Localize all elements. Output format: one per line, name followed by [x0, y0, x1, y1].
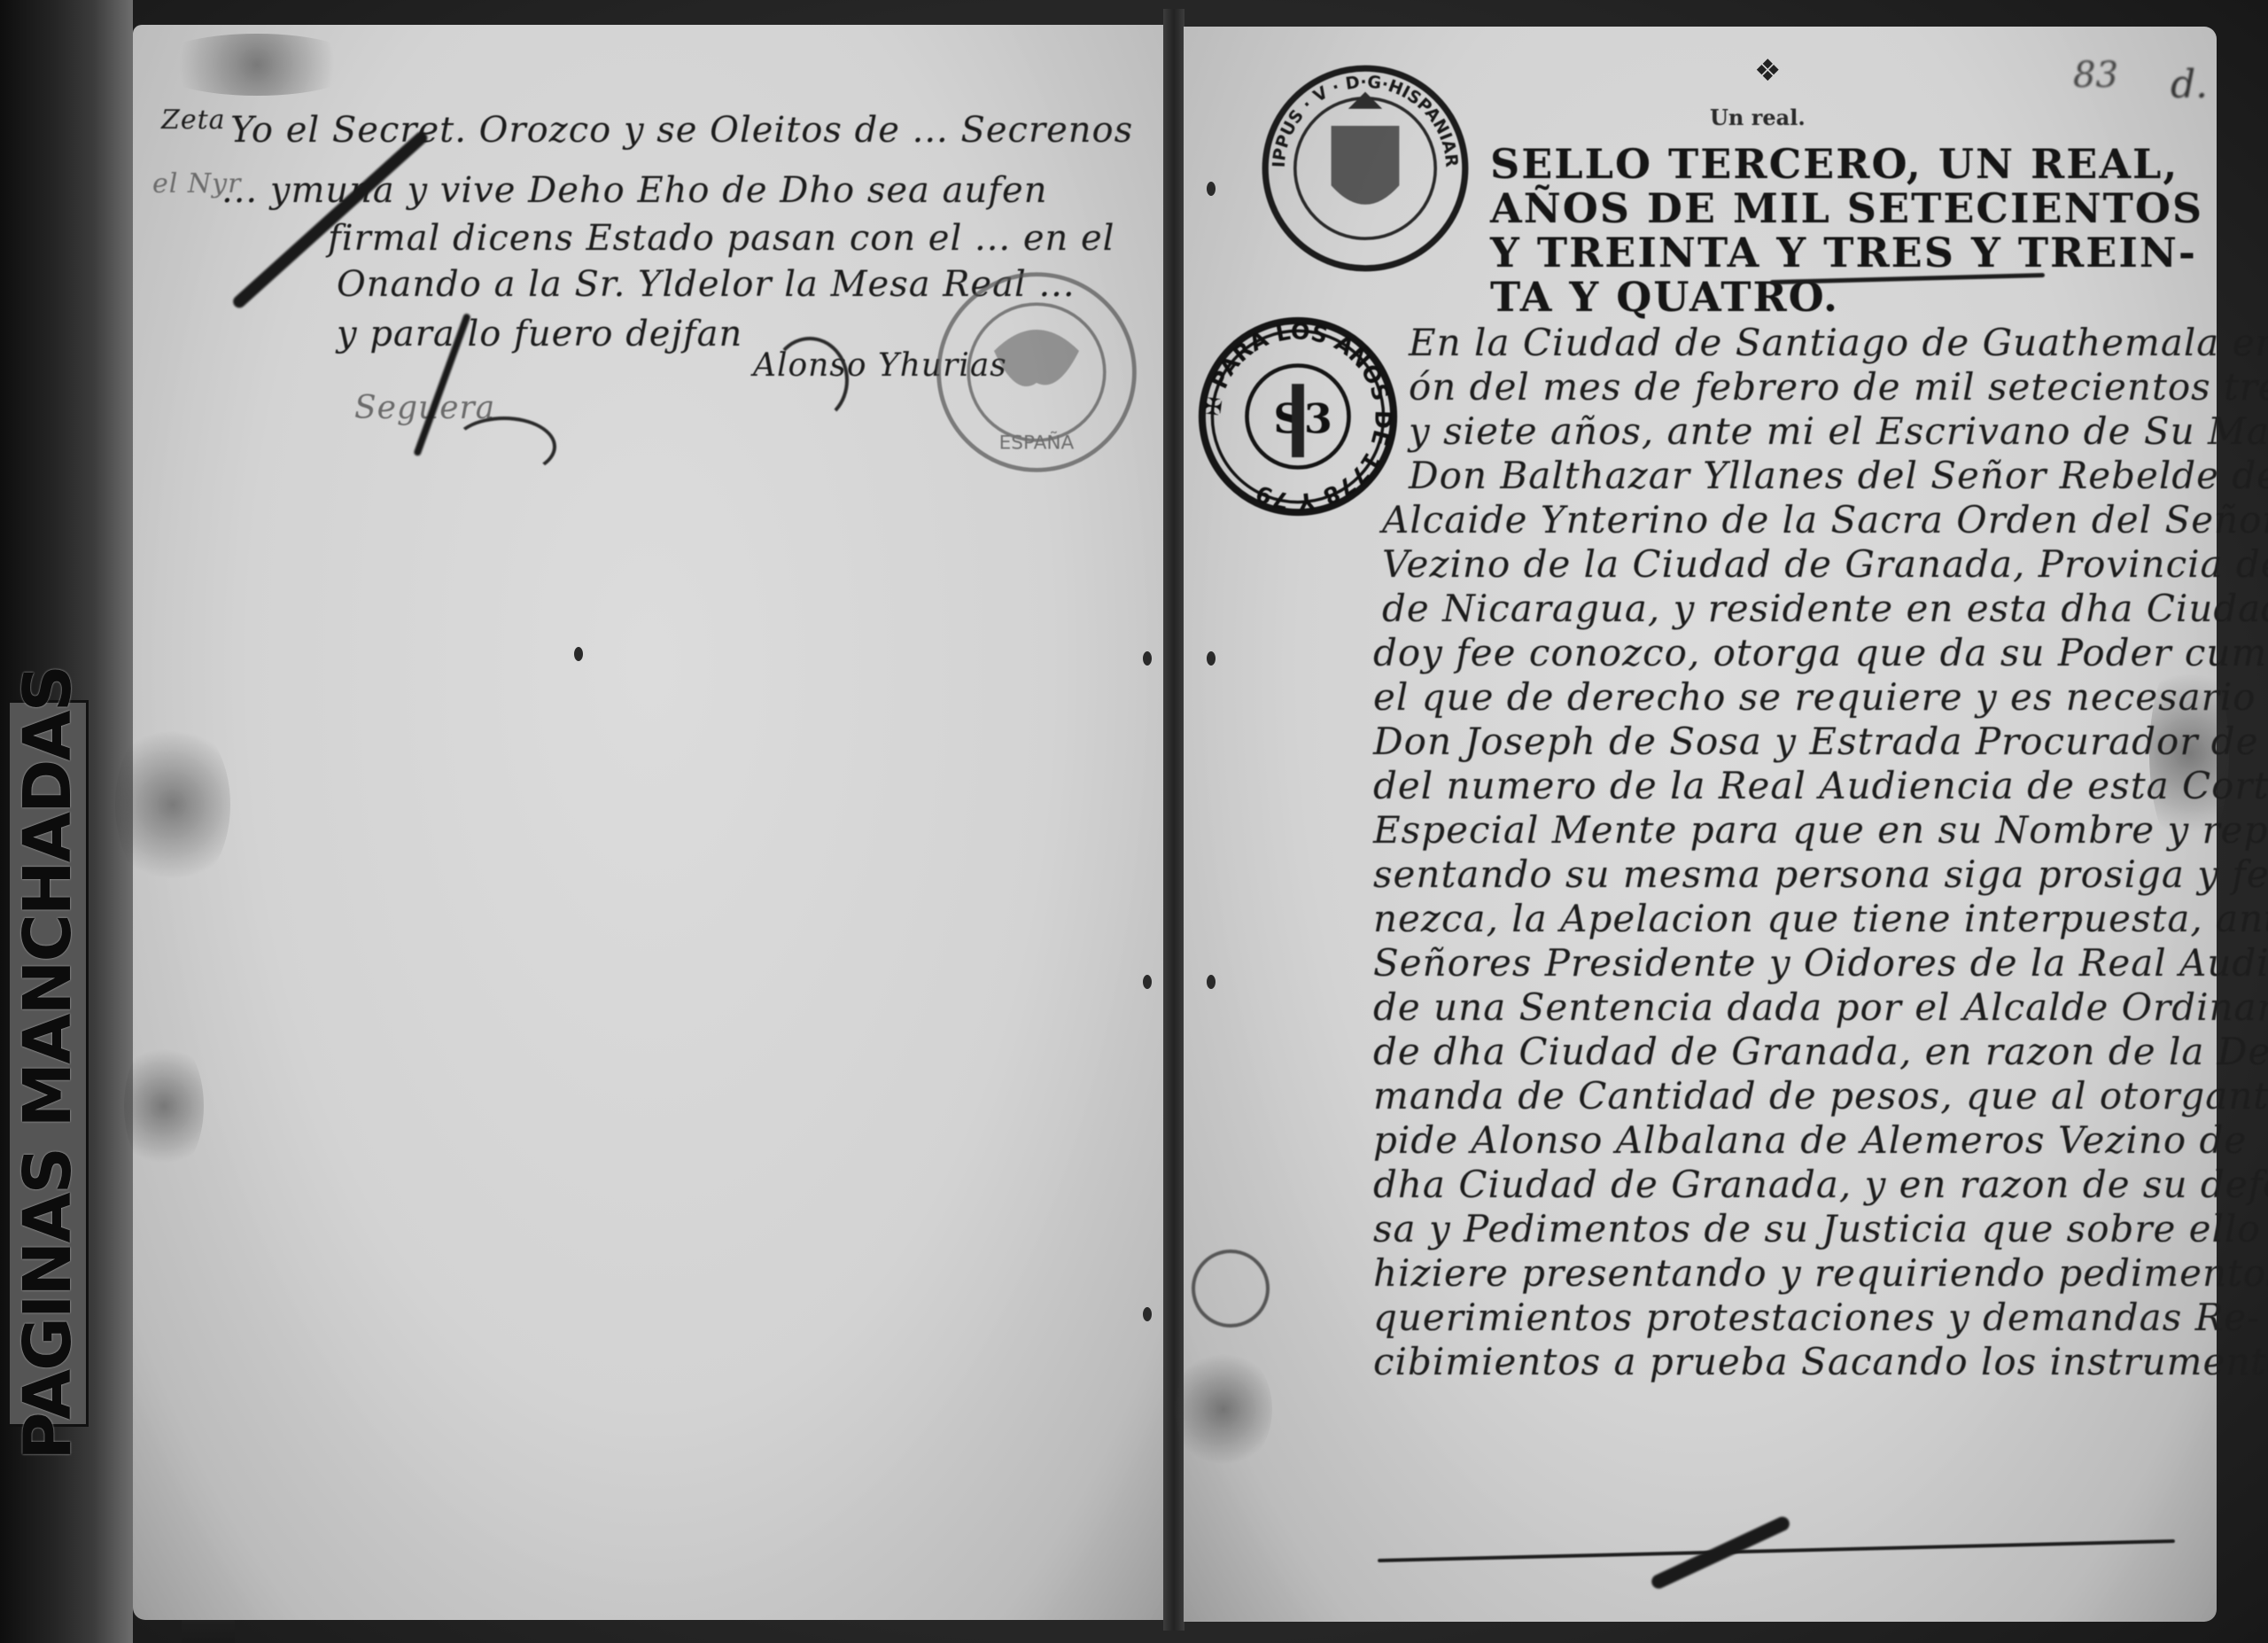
- body-line: Don Joseph de Sosa y Estrada Procurador …: [1373, 720, 2259, 763]
- binding-label-text: PAGINAS MANCHADAS: [10, 666, 86, 1460]
- binding-hole: [1207, 975, 1216, 989]
- left-line: y para lo fuero dejfan: [337, 314, 742, 354]
- binding-hole: [1143, 1307, 1152, 1321]
- stain: [124, 1035, 204, 1177]
- body-line: Vezino de la Ciudad de Granada, Provinci…: [1382, 542, 2268, 586]
- body-line: de una Sentencia dada por el Alcalde Ord…: [1373, 985, 2268, 1029]
- body-line: Señores Presidente y Oidores de la Real …: [1373, 941, 2268, 985]
- binding-hole: [1207, 182, 1216, 196]
- stamped-paper-header: SELLO TERCERO, UN REAL, AÑOS DE MIL SETE…: [1490, 142, 2203, 319]
- binding-hole: [1143, 651, 1152, 666]
- header-line: AÑOS DE MIL SETECIENTOS: [1490, 186, 2203, 230]
- stain: [1175, 1347, 1272, 1471]
- stamp-value: Un real.: [1710, 105, 1806, 130]
- body-line: del numero de la Real Audiencia de esta …: [1373, 764, 2268, 807]
- binding-hole: [574, 647, 583, 661]
- svg-text:3: 3: [1304, 394, 1332, 442]
- left-line: firmal dicens Estado pasan con el ... en…: [328, 218, 1115, 259]
- body-line: Alcaide Ynterino de la Sacra Orden del S…: [1382, 498, 2268, 541]
- body-line: y siete años, ante mi el Escrivano de Su…: [1409, 409, 2268, 453]
- book-binding: PAGINAS MANCHADAS: [0, 0, 133, 1643]
- body-line: de dha Ciudad de Granada, en razon de la…: [1373, 1030, 2268, 1073]
- stain: [115, 716, 230, 893]
- fiscal-seal: ✠ PARA LOS AÑOS DE 1778 Y 79 S 3: [1196, 310, 1400, 523]
- body-line: hiziere presentando y requiriendo pedime…: [1373, 1251, 2268, 1295]
- marginal-note: Zeta: [161, 105, 226, 136]
- header-line: Y TREINTA Y TRES Y TREIN-: [1490, 230, 2203, 275]
- body-line: cibimientos a prueba Sacando los instrum…: [1373, 1340, 2268, 1383]
- body-line: sentando su mesma persona siga prosiga y…: [1373, 853, 2268, 896]
- body-line: de Nicaragua, y residente en esta dha Ci…: [1382, 587, 2268, 630]
- corner-mark: d.: [2171, 62, 2208, 107]
- body-line: querimientos protestaciones y demandas R…: [1373, 1296, 2260, 1339]
- body-line: manda de Cantidad de pesos, que al otorg…: [1373, 1074, 2268, 1117]
- body-line: Especial Mente para que en su Nombre y r…: [1373, 808, 2268, 852]
- body-line: doy fee conozco, otorga que da su Poder …: [1373, 631, 2268, 674]
- ornament-icon: ❖: [1754, 53, 1781, 89]
- body-line: dha Ciudad de Granada, y en razon de su …: [1373, 1163, 2268, 1206]
- body-line: En la Ciudad de Santiago de Guathemala e…: [1409, 321, 2268, 364]
- header-line: SELLO TERCERO, UN REAL,: [1490, 142, 2203, 186]
- body-line: ón del mes de febrero de mil setecientos…: [1409, 365, 2268, 409]
- stain: [151, 34, 363, 96]
- signature-flourish: [771, 337, 849, 424]
- binding-hole: [1143, 975, 1152, 989]
- binding-hole: [1207, 651, 1216, 666]
- body-line: sa y Pedimentos de su Justicia que sobre…: [1373, 1207, 2261, 1250]
- seal-left-page: ESPAÑA: [930, 266, 1143, 479]
- signature-flourish: [452, 417, 556, 477]
- body-line: el que de derecho se requiere y es neces…: [1373, 675, 2268, 719]
- faint-seal-mark: [1192, 1250, 1270, 1328]
- body-line: pide Alonso Albalana de Alemeros Vezino …: [1373, 1118, 2247, 1162]
- left-line: Yo el Secret. Orozco y se Oleitos de ...…: [230, 110, 1133, 151]
- page-number: 83: [2073, 55, 2118, 96]
- svg-text:ESPAÑA: ESPAÑA: [999, 430, 1075, 454]
- body-line: nezca, la Apelacion que tiene interpuest…: [1373, 897, 2268, 940]
- binding-label: PAGINAS MANCHADAS: [7, 700, 89, 1427]
- body-line: Don Balthazar Yllanes del Señor Rebelde …: [1409, 454, 2268, 497]
- royal-seal: PHILIPPUS · V · D·G·HISPANIAR·REX: [1254, 62, 1476, 275]
